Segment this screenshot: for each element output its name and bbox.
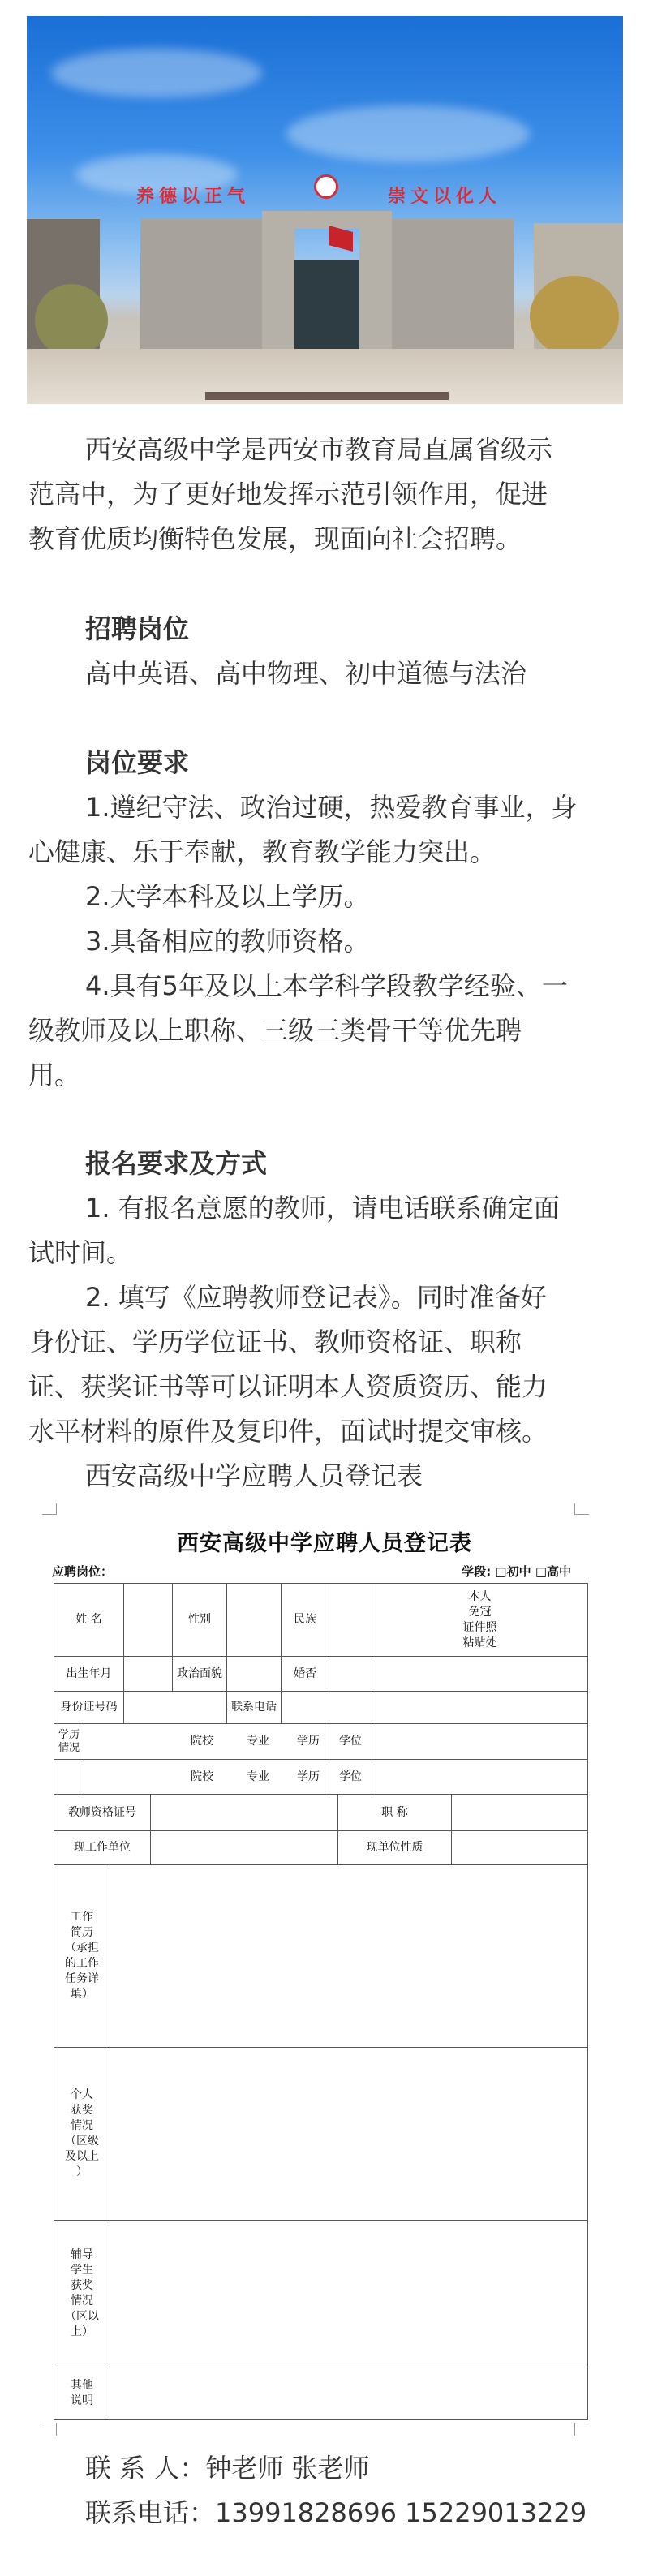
personal-awards-input[interactable] (110, 2047, 588, 2221)
building-left-wing (140, 219, 270, 349)
marital-label: 婚否 (281, 1656, 329, 1692)
flag-icon (329, 226, 353, 252)
school-gate-photo: 养德以正气 崇文以化人 (27, 16, 623, 404)
student-awards-label: 辅导 学生 获奖 情况 （区以 上） (54, 2220, 110, 2367)
school-emblem-icon (314, 174, 338, 199)
professional-title-input[interactable] (451, 1794, 588, 1831)
stage-checkboxes[interactable]: 学段: □初中 □高中 (462, 1563, 571, 1580)
positions-text: 高中英语、高中物理、初中道德与法治 (28, 652, 621, 696)
gate-pillar-left (262, 211, 294, 357)
birth-input[interactable] (123, 1656, 173, 1692)
requirement-line: 级教师及以上职称、三级三类骨干等优先聘 (28, 1008, 621, 1053)
political-label: 政治面貌 (172, 1656, 227, 1692)
contact-phone: 联系电话：13991828696 15229013229 (28, 2491, 621, 2535)
major-label: 专业 (247, 1734, 269, 1749)
form-meta-line: 应聘岗位： 学段: □初中 □高中 (52, 1561, 591, 1580)
requirement-line: 1.遵纪守法、政治过硬，热爱教育事业，身 (28, 785, 621, 830)
rooftop-sign-right: 崇文以化人 (388, 183, 501, 208)
crop-mark (42, 1503, 57, 1515)
main-entrance (294, 260, 359, 357)
unit-type-input[interactable] (451, 1830, 588, 1865)
resume-input[interactable] (110, 1864, 588, 2048)
id-number-input[interactable] (123, 1691, 227, 1724)
position-field-label: 应聘岗位： (52, 1563, 113, 1580)
tree (35, 284, 108, 357)
unit-type-label: 现单位性质 (337, 1830, 452, 1865)
major-label: 专业 (247, 1770, 269, 1785)
degree-label: 学位 (329, 1759, 372, 1795)
name-input[interactable] (123, 1583, 173, 1657)
education-input-2[interactable]: 院校 专业 学历 (84, 1759, 329, 1795)
gate-lintel (262, 211, 392, 229)
other-notes-label: 其他 说明 (54, 2367, 110, 2420)
requirement-line: 3.具备相应的教师资格。 (28, 919, 621, 964)
positions-heading: 招聘岗位 (28, 607, 621, 652)
professional-title-label: 职 称 (337, 1794, 452, 1831)
other-notes-input[interactable] (110, 2367, 588, 2420)
personal-awards-label: 个人 获奖 情况 （区级 及以上 ） (54, 2047, 110, 2221)
application-line: 身份证、学历学位证书、教师资格证、职称 (28, 1320, 621, 1365)
ethnicity-input[interactable] (329, 1583, 372, 1657)
application-heading: 报名要求及方式 (28, 1142, 621, 1186)
requirement-line: 心健康、乐于奉献，教育教学能力突出。 (28, 830, 621, 875)
ethnicity-label: 民族 (281, 1583, 329, 1657)
student-awards-input[interactable] (110, 2220, 588, 2367)
education-input-1[interactable]: 院校 专业 学历 (84, 1723, 329, 1760)
birth-label: 出生年月 (54, 1656, 124, 1692)
application-line: 2. 填写《应聘教师登记表》。同时准备好 (28, 1275, 621, 1320)
blank-cell (54, 1759, 84, 1795)
requirement-line: 2.大学本科及以上学历。 (28, 875, 621, 919)
contact-person: 联 系 人：钟老师 张老师 (28, 2446, 621, 2491)
intro-line: 西安高级中学是西安市教育局直属省级示 (28, 428, 621, 472)
rooftop-sign-left: 养德以正气 (136, 183, 250, 208)
application-line: 证、获奖证书等可以证明本人资质资历、能力 (28, 1365, 621, 1409)
form-caption: 西安高级中学应聘人员登记表 (28, 1454, 621, 1499)
gender-input[interactable] (226, 1583, 282, 1657)
requirements-heading: 岗位要求 (28, 741, 621, 785)
work-unit-input[interactable] (150, 1830, 338, 1865)
tree (530, 276, 619, 357)
phone-input[interactable] (281, 1691, 372, 1724)
cloud (51, 49, 262, 97)
intro-line: 范高中，为了更好地发挥示范引领作用，促进 (28, 472, 621, 517)
blank-cell[interactable] (372, 1723, 588, 1760)
ground-plaque (205, 392, 449, 400)
blank-cell[interactable] (372, 1691, 588, 1724)
education-label: 学历 情况 (54, 1723, 84, 1760)
application-line: 1. 有报名意愿的教师，请电话联系确定面 (28, 1186, 621, 1231)
application-line: 试时间。 (28, 1231, 621, 1275)
requirement-line: 用。 (28, 1053, 621, 1098)
gate-pillar-right (359, 211, 392, 357)
crop-mark (574, 2423, 589, 2436)
crop-mark (574, 1503, 589, 1515)
degree-level-label: 学历 (297, 1734, 320, 1749)
blank-cell[interactable] (372, 1759, 588, 1795)
marital-input[interactable] (329, 1656, 372, 1692)
blank-cell[interactable] (372, 1656, 588, 1692)
intro-line: 教育优质均衡特色发展，现面向社会招聘。 (28, 517, 621, 561)
name-label: 姓 名 (54, 1583, 124, 1657)
cert-number-label: 教师资格证号 (54, 1794, 151, 1831)
cloud (286, 105, 530, 162)
work-unit-label: 现工作单位 (54, 1830, 151, 1865)
cert-number-input[interactable] (150, 1794, 338, 1831)
political-input[interactable] (226, 1656, 282, 1692)
phone-label: 联系电话 (226, 1691, 282, 1724)
crop-mark (42, 2423, 57, 2436)
photo-placeholder[interactable]: 本人 免冠 证件照 粘贴处 (372, 1583, 588, 1657)
school-label: 院校 (191, 1734, 213, 1749)
application-line: 水平材料的原件及复印件，面试时提交审核。 (28, 1409, 621, 1454)
resume-label: 工作 简历 （承担 的工作 任务详 填） (54, 1864, 110, 2048)
degree-level-label: 学历 (297, 1770, 320, 1785)
gender-label: 性别 (172, 1583, 227, 1657)
degree-label: 学位 (329, 1723, 372, 1760)
id-number-label: 身份证号码 (54, 1691, 124, 1724)
requirement-line: 4.具有5年及以上本学科学段教学经验、一 (28, 964, 621, 1008)
school-label: 院校 (191, 1770, 213, 1785)
building-right-wing (384, 219, 514, 349)
form-title: 西安高级中学应聘人员登记表 (0, 1525, 649, 1557)
